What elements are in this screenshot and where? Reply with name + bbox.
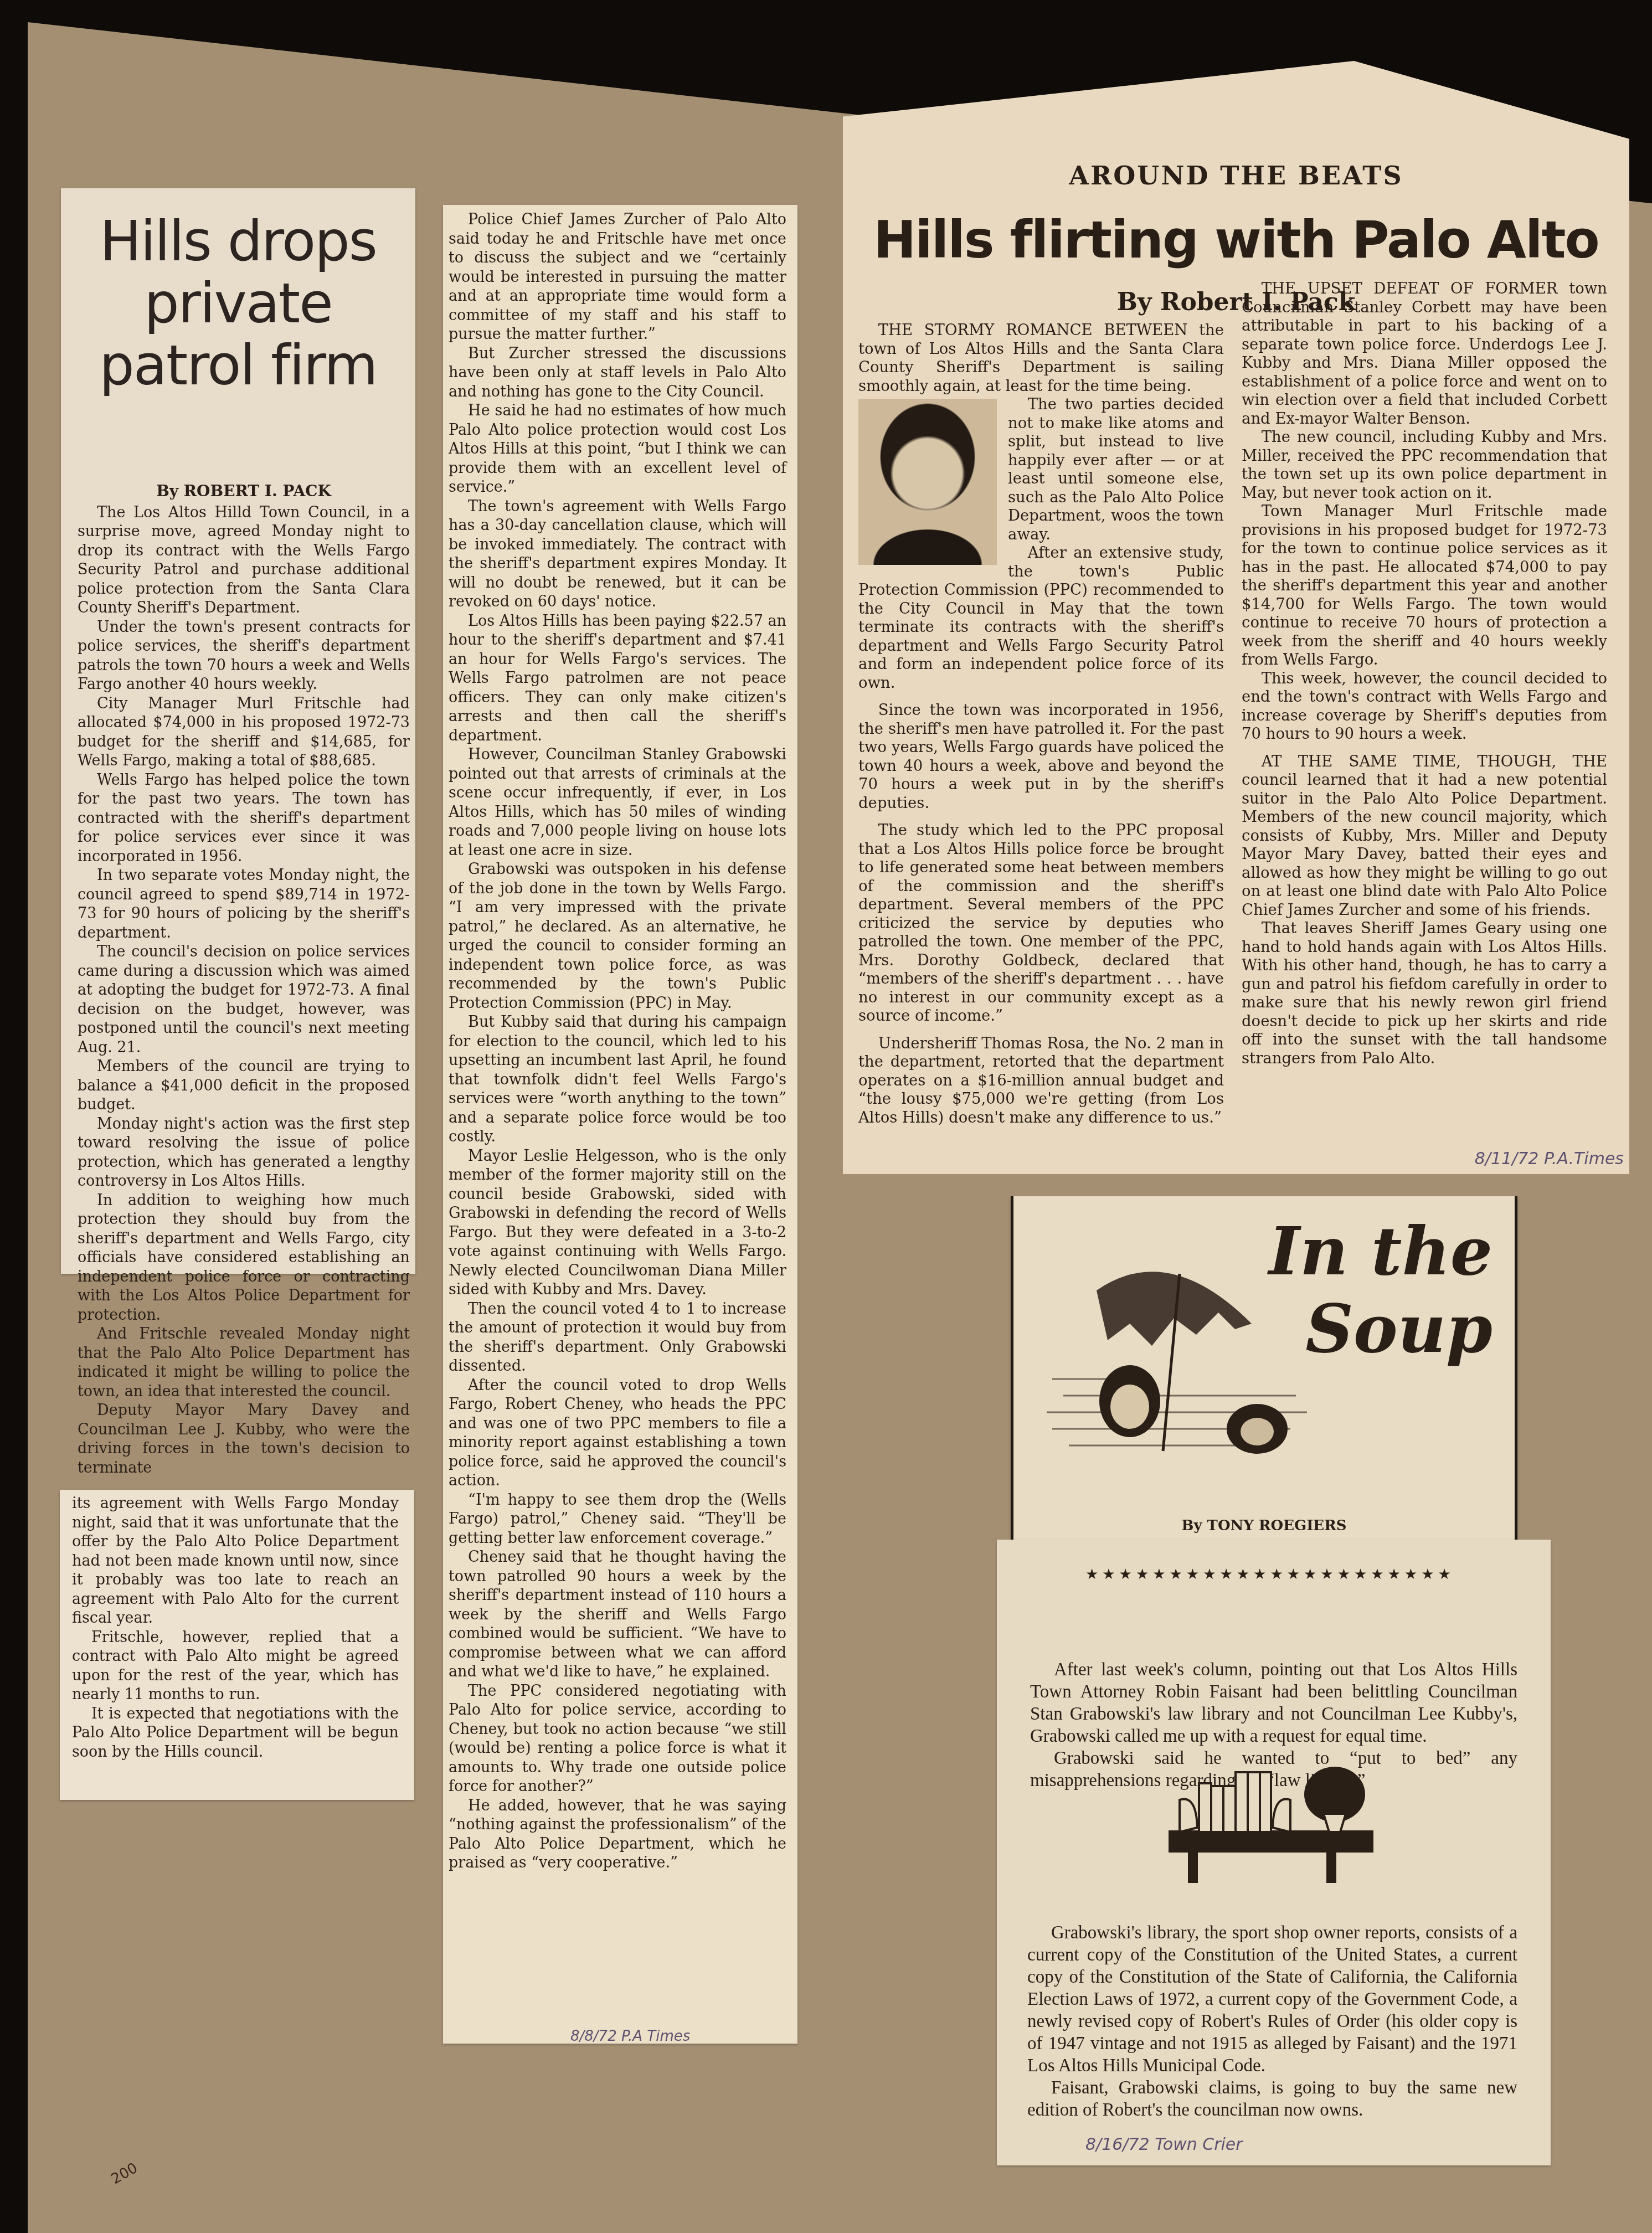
- paragraph: It is expected that negotiations with th…: [72, 1705, 399, 1762]
- portrait-photo: [858, 399, 997, 565]
- handwritten-date-note: 8/8/72 P.A Times: [570, 2028, 690, 2045]
- column-kicker: AROUND THE BEATS: [843, 161, 1629, 191]
- paragraph: Monday night's action was the first step…: [78, 1115, 410, 1191]
- paragraph: Wells Fargo has helped police the town f…: [78, 771, 410, 867]
- paragraph: However, Councilman Stanley Grabowski po…: [449, 745, 786, 860]
- paragraph: council learned that it had a new potent…: [1242, 771, 1607, 919]
- paragraph: The town's agreement with Wells Fargo ha…: [449, 497, 786, 612]
- paragraph: But Kubby said that during his campaign …: [449, 1013, 786, 1147]
- article-column-1-continued: its agreement with Wells Fargo Monday ni…: [72, 1494, 399, 1762]
- paragraph: Deputy Mayor Mary Davey and Councilman L…: [78, 1401, 410, 1478]
- paragraph: And Fritschle revealed Monday night that…: [78, 1325, 410, 1401]
- paragraph: Town Manager Murl Fritschle made provisi…: [1242, 502, 1607, 670]
- paragraph: Los Altos Hills has been paying $22.57 a…: [449, 612, 786, 746]
- article-column-1: THE STORMY ROMANCE BETWEEN the town of L…: [858, 321, 1224, 1127]
- paragraph: The Los Altos Hilld Town Council, in a s…: [78, 503, 410, 618]
- article-body-bottom: Grabowski's library, the sport shop owne…: [1027, 1922, 1517, 2121]
- paragraph: Mayor Leslie Helgesson, who is the only …: [449, 1147, 786, 1300]
- paragraph: The PPC considered negotiating with Palo…: [449, 1682, 786, 1797]
- paragraph: The new council, including Kubby and Mrs…: [1242, 428, 1607, 502]
- paragraph: Faisant, Grabowski claims, is going to b…: [1027, 2077, 1517, 2121]
- paragraph: town Councilman Stanley Corbett may have…: [1242, 280, 1607, 428]
- star-divider: ★★★★★★★★★★★★★★★★★★★★★★: [1085, 1566, 1455, 1583]
- in-the-soup-body-clipping: ★★★★★★★★★★★★★★★★★★★★★★ After last week's…: [997, 1540, 1551, 2165]
- article-column-1: By ROBERT I. PACK The Los Altos Hilld To…: [78, 465, 410, 1478]
- paragraph: But Zurcher stressed the discussions hav…: [449, 344, 786, 402]
- column-title-line-2: Soup: [1269, 1290, 1493, 1368]
- bookshelf-illustration: [1157, 1761, 1390, 1889]
- paragraph: Under the town's present contracts for p…: [78, 618, 410, 694]
- article-column-2: Police Chief James Zurcher of Palo Alto …: [449, 210, 786, 1873]
- paragraph: Members of the council are trying to bal…: [78, 1057, 410, 1115]
- article-column-2-clipping: Police Chief James Zurcher of Palo Alto …: [443, 205, 797, 2044]
- handwritten-date-note: 8/11/72 P.A.Times: [1475, 1149, 1624, 1169]
- paragraph: He said he had no estimates of how much …: [449, 402, 786, 497]
- paragraph: Police Chief James Zurcher of Palo Alto …: [449, 210, 786, 344]
- paragraph: Grabowski's library, the sport shop owne…: [1027, 1922, 1517, 2077]
- handwritten-date-note: 8/16/72 Town Crier: [1085, 2135, 1243, 2154]
- paragraph: After an extensive study, the town's Pub…: [858, 544, 1224, 692]
- column-title-line-1: In the: [1269, 1213, 1493, 1290]
- paragraph: In two separate votes Monday night, the …: [78, 866, 410, 943]
- paragraph: He added, however, that he was saying “n…: [449, 1797, 786, 1873]
- paragraph: The council's decision on police service…: [78, 943, 410, 1057]
- lead-in-caps: THE STORMY ROMANCE BETWEEN: [878, 321, 1188, 339]
- paragraph: After last week's column, pointing out t…: [1030, 1659, 1517, 1747]
- in-the-soup-header-clipping: In the Soup By TONY ROEGIERS: [1011, 1196, 1517, 1540]
- paragraph: The study which led to the PPC proposal …: [858, 821, 1224, 1026]
- paragraph: Undersheriff Thomas Rosa, the No. 2 man …: [858, 1035, 1224, 1128]
- article-headline: Hills drops private patrol firm: [61, 188, 415, 397]
- article-byline: By TONY ROEGIERS: [1013, 1517, 1515, 1534]
- paragraph: This week, however, the council decided …: [1242, 670, 1607, 744]
- paragraph: After the council voted to drop Wells Fa…: [449, 1376, 786, 1491]
- paragraph: Cheney said that he thought having the t…: [449, 1548, 786, 1682]
- paragraph: In addition to weighing how much protect…: [78, 1191, 410, 1325]
- article-byline: By ROBERT I. PACK: [78, 482, 410, 501]
- article-continuation-clipping: its agreement with Wells Fargo Monday ni…: [60, 1490, 414, 1800]
- lead-in-caps: THE UPSET DEFEAT OF FORMER: [1262, 280, 1558, 297]
- paragraph: Fritschle, however, replied that a contr…: [72, 1628, 399, 1705]
- article-column-2: THE UPSET DEFEAT OF FORMER town Councilm…: [1242, 280, 1607, 1068]
- paragraph: Since the town was incorporated in 1956,…: [858, 701, 1224, 812]
- paragraph: Grabowski was outspoken in his defense o…: [449, 860, 786, 1013]
- article-headline: Hills flirting with Palo Alto: [843, 210, 1629, 270]
- column-title: In the Soup: [1269, 1213, 1493, 1368]
- article-around-the-beats-clipping: AROUND THE BEATS Hills flirting with Pal…: [843, 61, 1629, 1174]
- paragraph: City Manager Murl Fritschle had allocate…: [78, 694, 410, 771]
- lead-in-caps: AT THE SAME TIME, THOUGH, THE: [1262, 753, 1607, 770]
- paragraph: its agreement with Wells Fargo Monday ni…: [72, 1494, 399, 1628]
- article-hills-drops-clipping: Hills drops private patrol firm By ROBER…: [61, 188, 415, 1274]
- paragraph: Then the council voted 4 to 1 to increas…: [449, 1300, 786, 1376]
- paragraph: “I'm happy to see them drop the (Wells F…: [449, 1491, 786, 1548]
- paragraph: That leaves Sheriff James Geary using on…: [1242, 919, 1607, 1068]
